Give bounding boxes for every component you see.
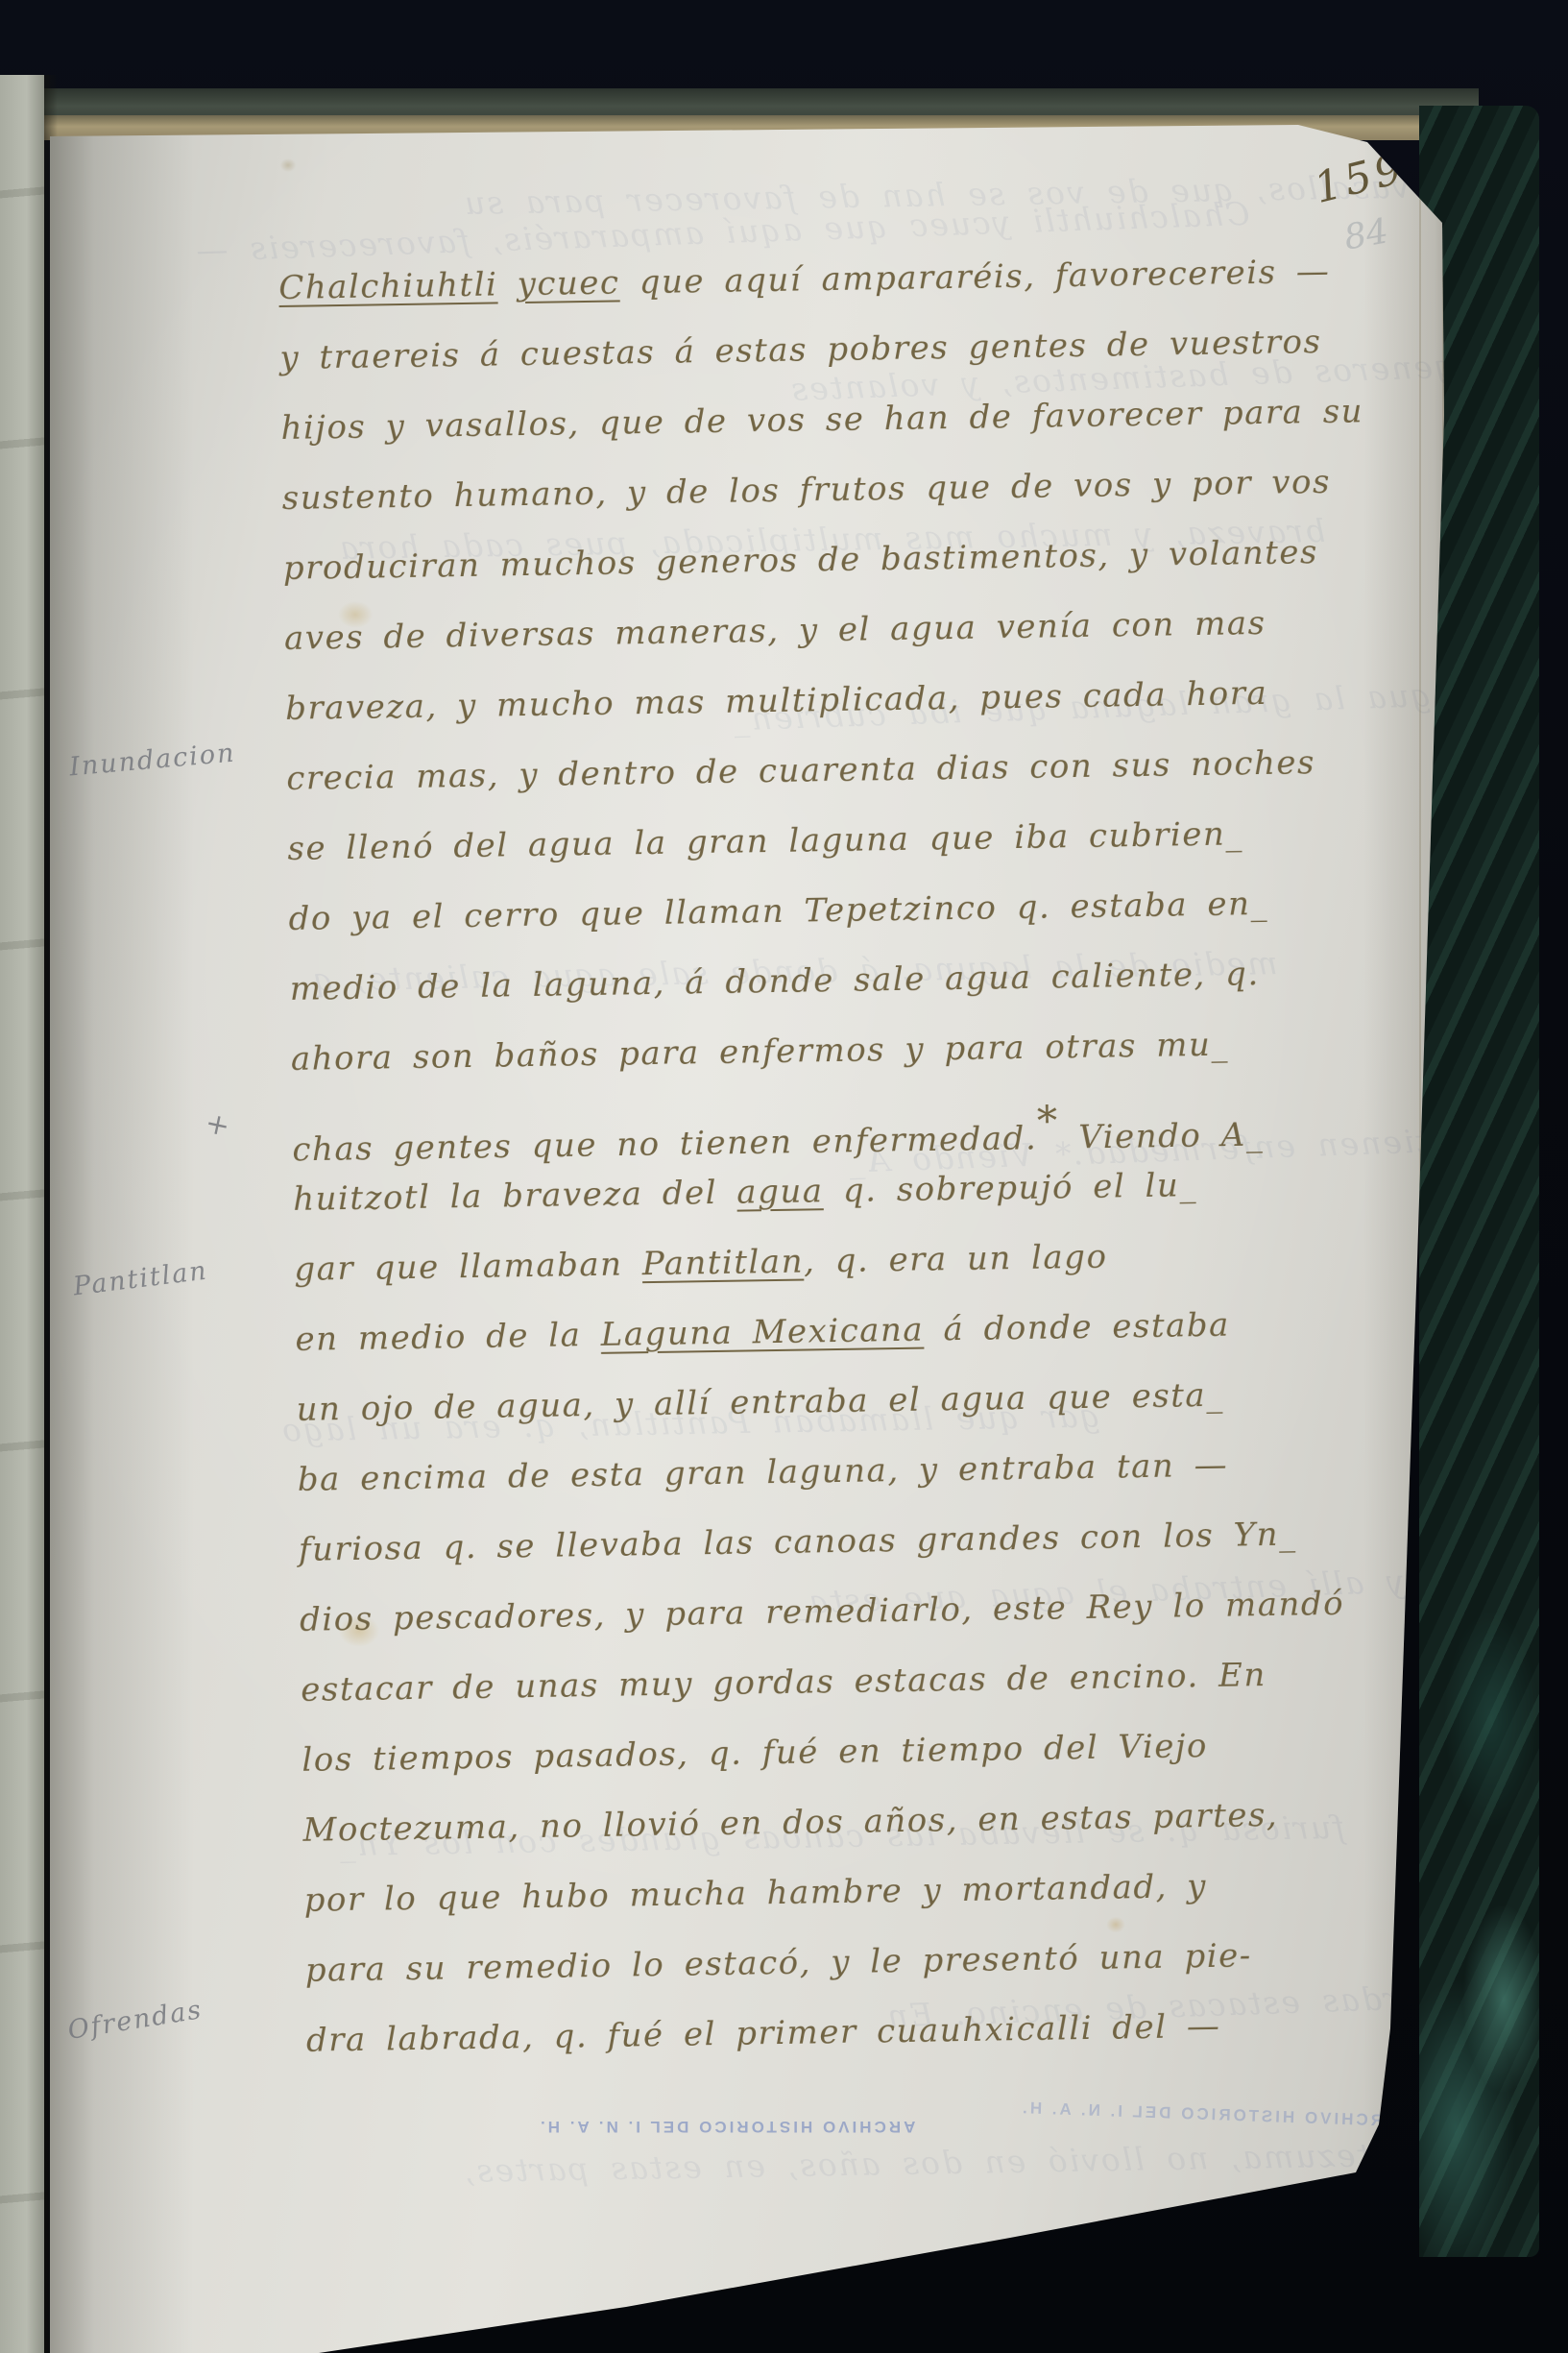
archive-stamp: ARCHIVO HISTORICO DEL I. N. A. H. xyxy=(538,2117,915,2136)
margin-cross-mark: + xyxy=(203,1106,233,1144)
bleedthrough-line: Moctezuma, no llovió en dos años, en est… xyxy=(463,2135,1445,2190)
book-photo: Chalchiuhtli ycuec que aquí ampararéis, … xyxy=(0,0,1568,2353)
facing-page-edge xyxy=(0,75,44,2353)
manuscript-lines: Chalchiuhtli ycuec que aquí ampararéis, … xyxy=(278,250,1508,2091)
archive-stamp-faint: ARCHIVO HISTORICO DEL I. N. A. H. xyxy=(1020,2098,1398,2131)
manuscript-page: Chalchiuhtli ycuec que aquí ampararéis, … xyxy=(50,108,1469,2353)
facing-page-text-smudges xyxy=(0,75,44,2353)
